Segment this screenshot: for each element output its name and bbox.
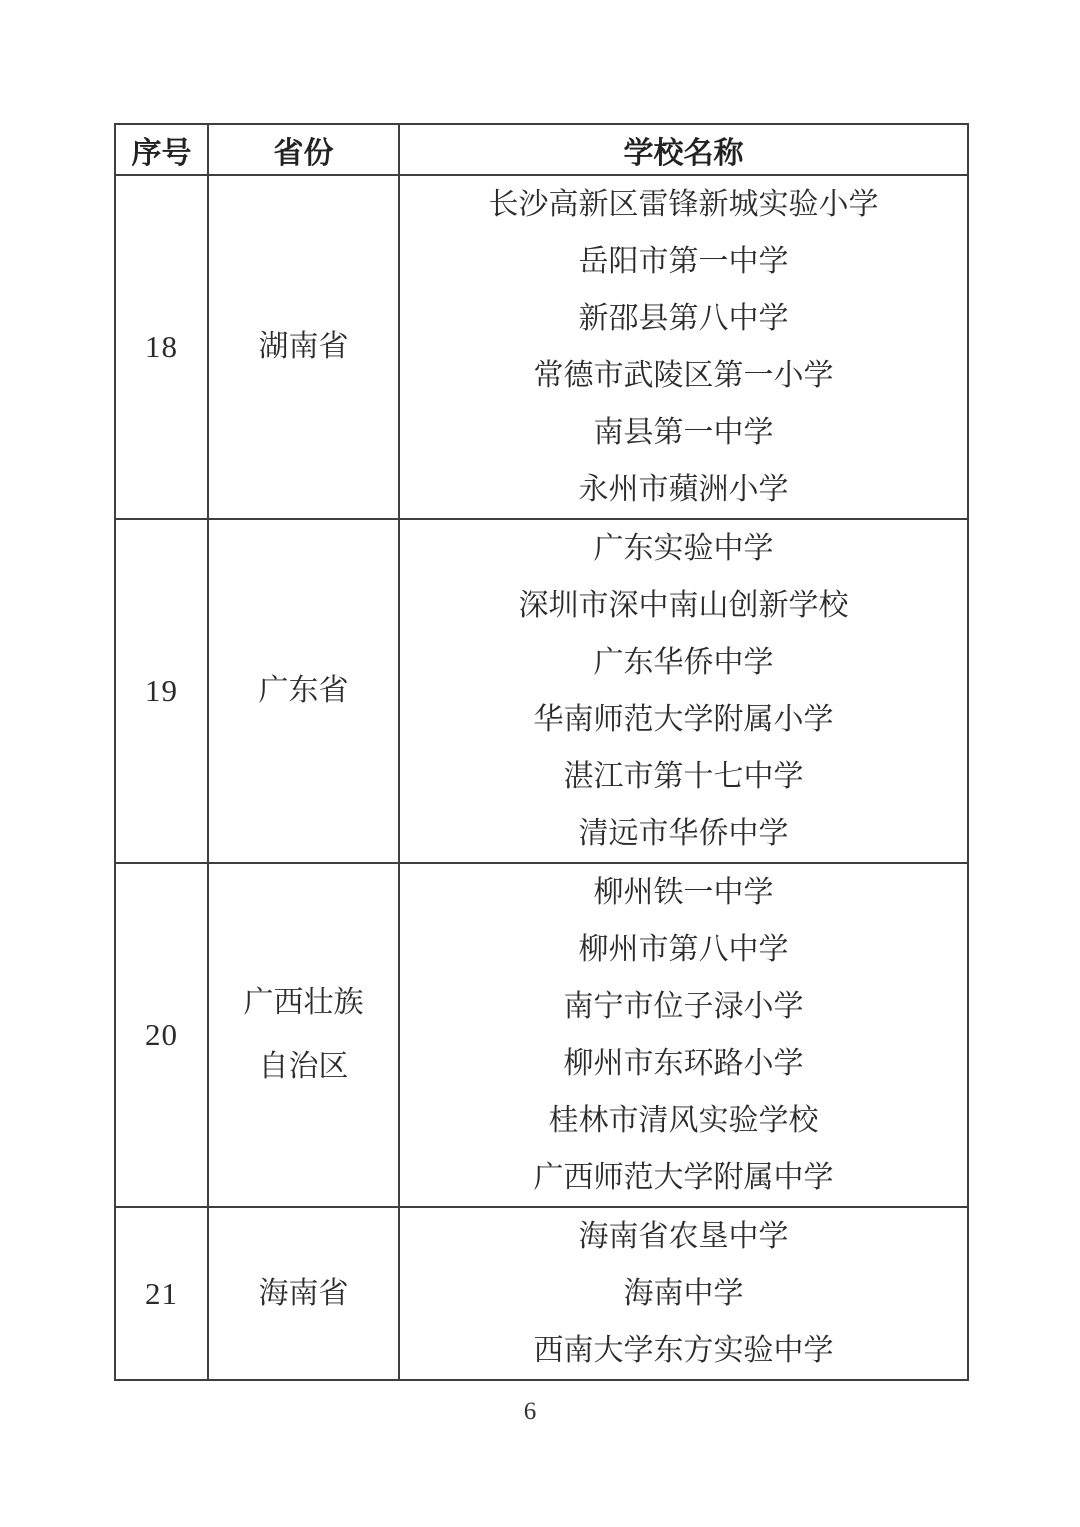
page-number: 6 bbox=[0, 1398, 1060, 1426]
serial-number-cell: 18 bbox=[115, 175, 208, 519]
school-name: 常德市武陵区第一小学 bbox=[400, 347, 967, 404]
school-name: 柳州市第八中学 bbox=[400, 921, 967, 978]
school-name: 广西师范大学附属中学 bbox=[400, 1149, 967, 1206]
header-serial-number: 序号 bbox=[115, 124, 208, 175]
province-cell: 广东省 bbox=[208, 519, 399, 863]
school-name: 南县第一中学 bbox=[400, 404, 967, 461]
table-row: 18 湖南省 长沙高新区雷锋新城实验小学 岳阳市第一中学 新邵县第八中学 常德市… bbox=[115, 175, 968, 519]
school-name: 南宁市位子渌小学 bbox=[400, 978, 967, 1035]
school-name: 湛江市第十七中学 bbox=[400, 748, 967, 805]
school-name: 桂林市清风实验学校 bbox=[400, 1092, 967, 1149]
table-row: 19 广东省 广东实验中学 深圳市深中南山创新学校 广东华侨中学 华南师范大学附… bbox=[115, 519, 968, 863]
province-cell: 湖南省 bbox=[208, 175, 399, 519]
school-name: 长沙高新区雷锋新城实验小学 bbox=[400, 176, 967, 233]
school-name: 广东实验中学 bbox=[400, 520, 967, 577]
school-name: 海南中学 bbox=[400, 1265, 967, 1322]
school-name: 深圳市深中南山创新学校 bbox=[400, 577, 967, 634]
schools-cell: 柳州铁一中学 柳州市第八中学 南宁市位子渌小学 柳州市东环路小学 桂林市清风实验… bbox=[399, 863, 968, 1207]
province-name: 海南省 bbox=[209, 1262, 398, 1326]
school-name: 广东华侨中学 bbox=[400, 634, 967, 691]
school-name: 新邵县第八中学 bbox=[400, 290, 967, 347]
school-name: 柳州铁一中学 bbox=[400, 864, 967, 921]
serial-number-cell: 20 bbox=[115, 863, 208, 1207]
header-school-name: 学校名称 bbox=[399, 124, 968, 175]
school-name: 华南师范大学附属小学 bbox=[400, 691, 967, 748]
province-name-line2: 自治区 bbox=[209, 1035, 398, 1099]
header-province: 省份 bbox=[208, 124, 399, 175]
school-list-table: 序号 省份 学校名称 18 湖南省 长沙高新区雷锋新城实验小学 岳阳市第一中学 … bbox=[114, 123, 969, 1381]
school-name: 清远市华侨中学 bbox=[400, 805, 967, 862]
serial-number-cell: 21 bbox=[115, 1207, 208, 1380]
table-row: 20 广西壮族 自治区 柳州铁一中学 柳州市第八中学 南宁市位子渌小学 柳州市东… bbox=[115, 863, 968, 1207]
schools-cell: 广东实验中学 深圳市深中南山创新学校 广东华侨中学 华南师范大学附属小学 湛江市… bbox=[399, 519, 968, 863]
table-header-row: 序号 省份 学校名称 bbox=[115, 124, 968, 175]
school-name: 岳阳市第一中学 bbox=[400, 233, 967, 290]
schools-cell: 海南省农垦中学 海南中学 西南大学东方实验中学 bbox=[399, 1207, 968, 1380]
province-cell: 海南省 bbox=[208, 1207, 399, 1380]
school-name: 西南大学东方实验中学 bbox=[400, 1322, 967, 1379]
school-name: 柳州市东环路小学 bbox=[400, 1035, 967, 1092]
school-name: 海南省农垦中学 bbox=[400, 1208, 967, 1265]
province-name-line1: 广西壮族 bbox=[209, 971, 398, 1035]
schools-cell: 长沙高新区雷锋新城实验小学 岳阳市第一中学 新邵县第八中学 常德市武陵区第一小学… bbox=[399, 175, 968, 519]
serial-number-cell: 19 bbox=[115, 519, 208, 863]
province-name: 广东省 bbox=[209, 659, 398, 723]
table-row: 21 海南省 海南省农垦中学 海南中学 西南大学东方实验中学 bbox=[115, 1207, 968, 1380]
school-name: 永州市蘋洲小学 bbox=[400, 461, 967, 518]
province-cell: 广西壮族 自治区 bbox=[208, 863, 399, 1207]
province-name: 湖南省 bbox=[209, 315, 398, 379]
